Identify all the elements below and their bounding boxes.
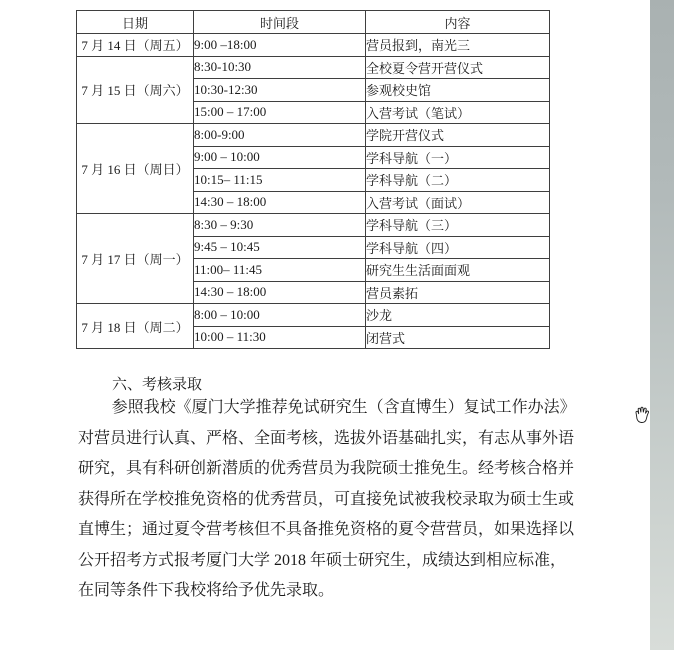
schedule-table-header: 日期时间段内容 <box>77 11 550 34</box>
hand-grab-cursor-icon <box>632 403 652 427</box>
content-cell: 参观校史馆 <box>366 79 550 102</box>
date-cell: 7 月 17 日（周一） <box>77 214 194 304</box>
content-cell: 学科导航（四） <box>366 236 550 259</box>
date-cell: 7 月 18 日（周二） <box>77 304 194 349</box>
date-cell: 7 月 16 日（周日） <box>77 124 194 214</box>
document-page[interactable]: 日期时间段内容 7 月 14 日（周五）9:00 –18:00营员报到，南光三7… <box>0 0 674 650</box>
content-cell: 学科导航（二） <box>366 169 550 192</box>
date-cell: 7 月 14 日（周五） <box>77 34 194 57</box>
table-row: 7 月 14 日（周五）9:00 –18:00营员报到，南光三 <box>77 34 550 57</box>
content-cell: 入营考试（笔试） <box>366 101 550 124</box>
admission-paragraph: 参照我校《厦门大学推荐免试研究生（含直博生）复试工作办法》对营员进行认真、严格、… <box>78 393 565 607</box>
time-cell: 10:00 – 11:30 <box>194 326 366 349</box>
paragraph-line: 公开招考方式报考厦门大学 2018 年硕士研究生，成绩达到相应标准， <box>78 546 565 577</box>
time-cell: 9:00 – 10:00 <box>194 146 366 169</box>
content-cell: 入营考试（面试） <box>366 191 550 214</box>
time-cell: 14:30 – 18:00 <box>194 191 366 214</box>
column-header-0: 日期 <box>77 11 194 34</box>
time-cell: 11:00– 11:45 <box>194 259 366 282</box>
content-cell: 营员素拓 <box>366 281 550 304</box>
content-cell: 闭营式 <box>366 326 550 349</box>
content-cell: 学科导航（一） <box>366 146 550 169</box>
table-row: 7 月 16 日（周日）8:00-9:00学院开营仪式 <box>77 124 550 147</box>
paragraph-line: 在同等条件下我校将给予优先录取。 <box>78 576 565 607</box>
table-row: 7 月 18 日（周二）8:00 – 10:00沙龙 <box>77 304 550 327</box>
time-cell: 14:30 – 18:00 <box>194 281 366 304</box>
time-cell: 9:45 – 10:45 <box>194 236 366 259</box>
time-cell: 8:00 – 10:00 <box>194 304 366 327</box>
content-cell: 学科导航（三） <box>366 214 550 237</box>
content-cell: 研究生生活面面观 <box>366 259 550 282</box>
column-header-2: 内容 <box>366 11 550 34</box>
time-cell: 15:00 – 17:00 <box>194 101 366 124</box>
content-cell: 营员报到，南光三 <box>366 34 550 57</box>
paragraph-line: 参照我校《厦门大学推荐免试研究生（含直博生）复试工作办法》 <box>78 393 565 424</box>
schedule-table-body: 7 月 14 日（周五）9:00 –18:00营员报到，南光三7 月 15 日（… <box>77 34 550 349</box>
content-cell: 全校夏令营开营仪式 <box>366 56 550 79</box>
paragraph-line: 对营员进行认真、严格、全面考核，选拔外语基础扎实，有志从事外语 <box>78 424 565 455</box>
column-header-1: 时间段 <box>194 11 366 34</box>
time-cell: 8:30-10:30 <box>194 56 366 79</box>
schedule-table: 日期时间段内容 7 月 14 日（周五）9:00 –18:00营员报到，南光三7… <box>76 10 550 349</box>
time-cell: 8:00-9:00 <box>194 124 366 147</box>
time-cell: 9:00 –18:00 <box>194 34 366 57</box>
paragraph-line: 直博生；通过夏令营考核但不具备推免资格的夏令营营员，如果选择以 <box>78 515 565 546</box>
paragraph-line: 研究，具有科研创新潜质的优秀营员为我院硕士推免生。经考核合格并 <box>78 454 565 485</box>
section-heading: 六、考核录取 <box>112 375 202 395</box>
time-cell: 10:30-12:30 <box>194 79 366 102</box>
paragraph-line: 获得所在学校推免资格的优秀营员，可直接免试被我校录取为硕士生或 <box>78 485 565 516</box>
viewer-gutter <box>650 0 674 650</box>
table-row: 7 月 17 日（周一）8:30 – 9:30学科导航（三） <box>77 214 550 237</box>
date-cell: 7 月 15 日（周六） <box>77 56 194 124</box>
time-cell: 8:30 – 9:30 <box>194 214 366 237</box>
content-cell: 沙龙 <box>366 304 550 327</box>
table-row: 7 月 15 日（周六）8:30-10:30全校夏令营开营仪式 <box>77 56 550 79</box>
content-cell: 学院开营仪式 <box>366 124 550 147</box>
time-cell: 10:15– 11:15 <box>194 169 366 192</box>
